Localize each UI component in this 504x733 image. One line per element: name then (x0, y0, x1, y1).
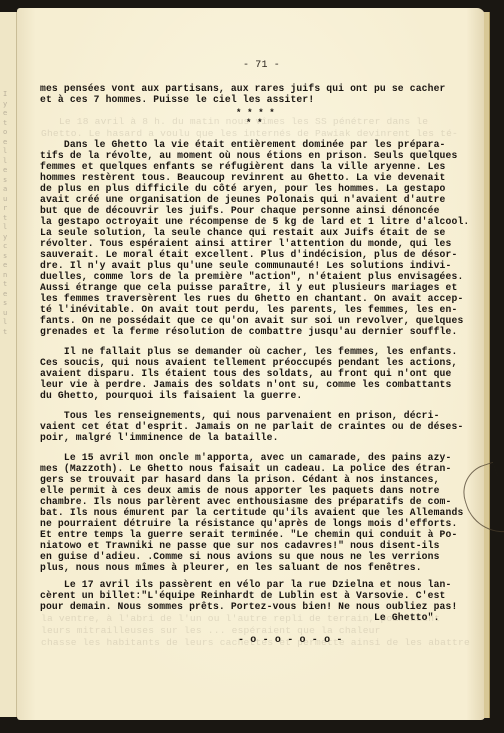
text-line: Ces soucis, qui nous avaient tellement p… (40, 357, 457, 368)
text-line: avait créé une organisation de jeunes Po… (40, 194, 446, 205)
text-line: Le 15 avril mon oncle m'apporta, avec un… (40, 452, 451, 463)
intro-line: et à ces 7 hommes. Puisse le ciel les as… (40, 94, 314, 105)
text-line: de plus en plus difficile du côté aryen,… (40, 183, 446, 194)
text-line: niatowo et Trawniki ne passe que sur nos… (40, 540, 440, 551)
end-separator: - o - o - o - o - (238, 635, 343, 646)
text-line: La seule solution, la seule chance qui r… (40, 227, 446, 238)
previous-page-ghost-text: I y e t o e l l e s a u r t l y c s e n … (3, 90, 11, 337)
text-line: poir, malgré l'imminence de la bataille. (40, 432, 279, 443)
text-line: dre. Il n'y avait plus qu'une seule comm… (40, 260, 451, 271)
text-line: la gestapo octroyait une récompense de 5… (40, 216, 469, 227)
text-line: but que de découvrir les juifs. Pour cha… (40, 205, 440, 216)
text-line: Tous les renseignements, qui nous parven… (40, 410, 440, 421)
text-line: gers se trouvait par hasard dans la pris… (40, 474, 440, 485)
signature-line: Le Ghetto". (40, 612, 440, 623)
text-line: grenades et la ferme résolution de comba… (40, 326, 457, 337)
text-line: avaient disparu. Ils étaient tous des so… (40, 368, 451, 379)
text-line: Et entre temps la guerre serait terminée… (40, 529, 457, 540)
text-line: en guise d'adieu. .Comme si nous avions … (40, 551, 440, 562)
previous-page-edge: I y e t o e l l e s a u r t l y c s e n … (0, 12, 17, 717)
text-line: femmes et quelques enfants se réfugièren… (40, 161, 446, 172)
text-line: vaient cet état d'esprit. Jamais on ne p… (40, 421, 463, 432)
text-line: té l'inévitable. On avait tout perdu, le… (40, 304, 457, 315)
text-line: duelles, comme lors de la première "acti… (40, 271, 463, 282)
text-line: cèrent un billet:"L'équipe Reinhardt de … (40, 590, 446, 601)
document-page: Le 18 avril à 8 h. du matin nous vîmes l… (17, 8, 485, 720)
text-line: fants. On ne possédait que ce qu'on avai… (40, 315, 463, 326)
page-number: - 71 - (243, 60, 280, 71)
text-line: bat. Ils nous émurent par la certitude q… (40, 507, 463, 518)
text-line: tifs de la révolte, au moment où nous ét… (40, 150, 457, 161)
bleed-through-text: Ghetto. Le hasard a voulu que les intern… (41, 128, 458, 139)
text-line: Dans le Ghetto la vie était entièrement … (40, 139, 446, 150)
intro-line: mes pensées vont aux partisans, aux rare… (40, 83, 446, 94)
bleed-through-text: Le 18 avril à 8 h. du matin nous vîmes l… (41, 116, 428, 127)
section-break-stars-row2: * * (246, 118, 263, 128)
section-break-stars-row1: * * * * (236, 108, 275, 118)
text-line: du Ghetto, pourquoi ils faisaient la gue… (40, 390, 302, 401)
text-line: sauverait. Le moral était excellent. Plu… (40, 249, 457, 260)
text-line: elle permit à ces deux amis de nous appo… (40, 485, 440, 496)
text-line: hommes restèrent tous. Beaucoup revinren… (40, 172, 446, 183)
text-line: pour demain. Nous sommes prêts. Portez-v… (40, 601, 457, 612)
text-line: Il ne fallait plus se demander où cacher… (40, 346, 457, 357)
text-line: les femmes traversèrent les rues du Ghet… (40, 293, 463, 304)
page-right-edge (484, 12, 490, 718)
text-line: Aussi étrange que cela puisse paraître, … (40, 282, 457, 293)
text-line: ne pourraient détruire la résistance qu'… (40, 518, 457, 529)
text-line: mes (Mazzoth). Le Ghetto nous faisait un… (40, 463, 451, 474)
scanned-document: I y e t o e l l e s a u r t l y c s e n … (0, 0, 504, 733)
text-line: révolter. Tous espéraient ainsi attirer … (40, 238, 451, 249)
text-line: plus, nous nous mîmes à pleurer, en les … (40, 562, 422, 573)
text-line: leur vie à perdre. Jamais des soldats n'… (40, 379, 451, 390)
text-line: Le 17 avril ils passèrent en vélo par la… (40, 579, 451, 590)
text-line: chambre. Ils nous parlèrent avec enthous… (40, 496, 451, 507)
